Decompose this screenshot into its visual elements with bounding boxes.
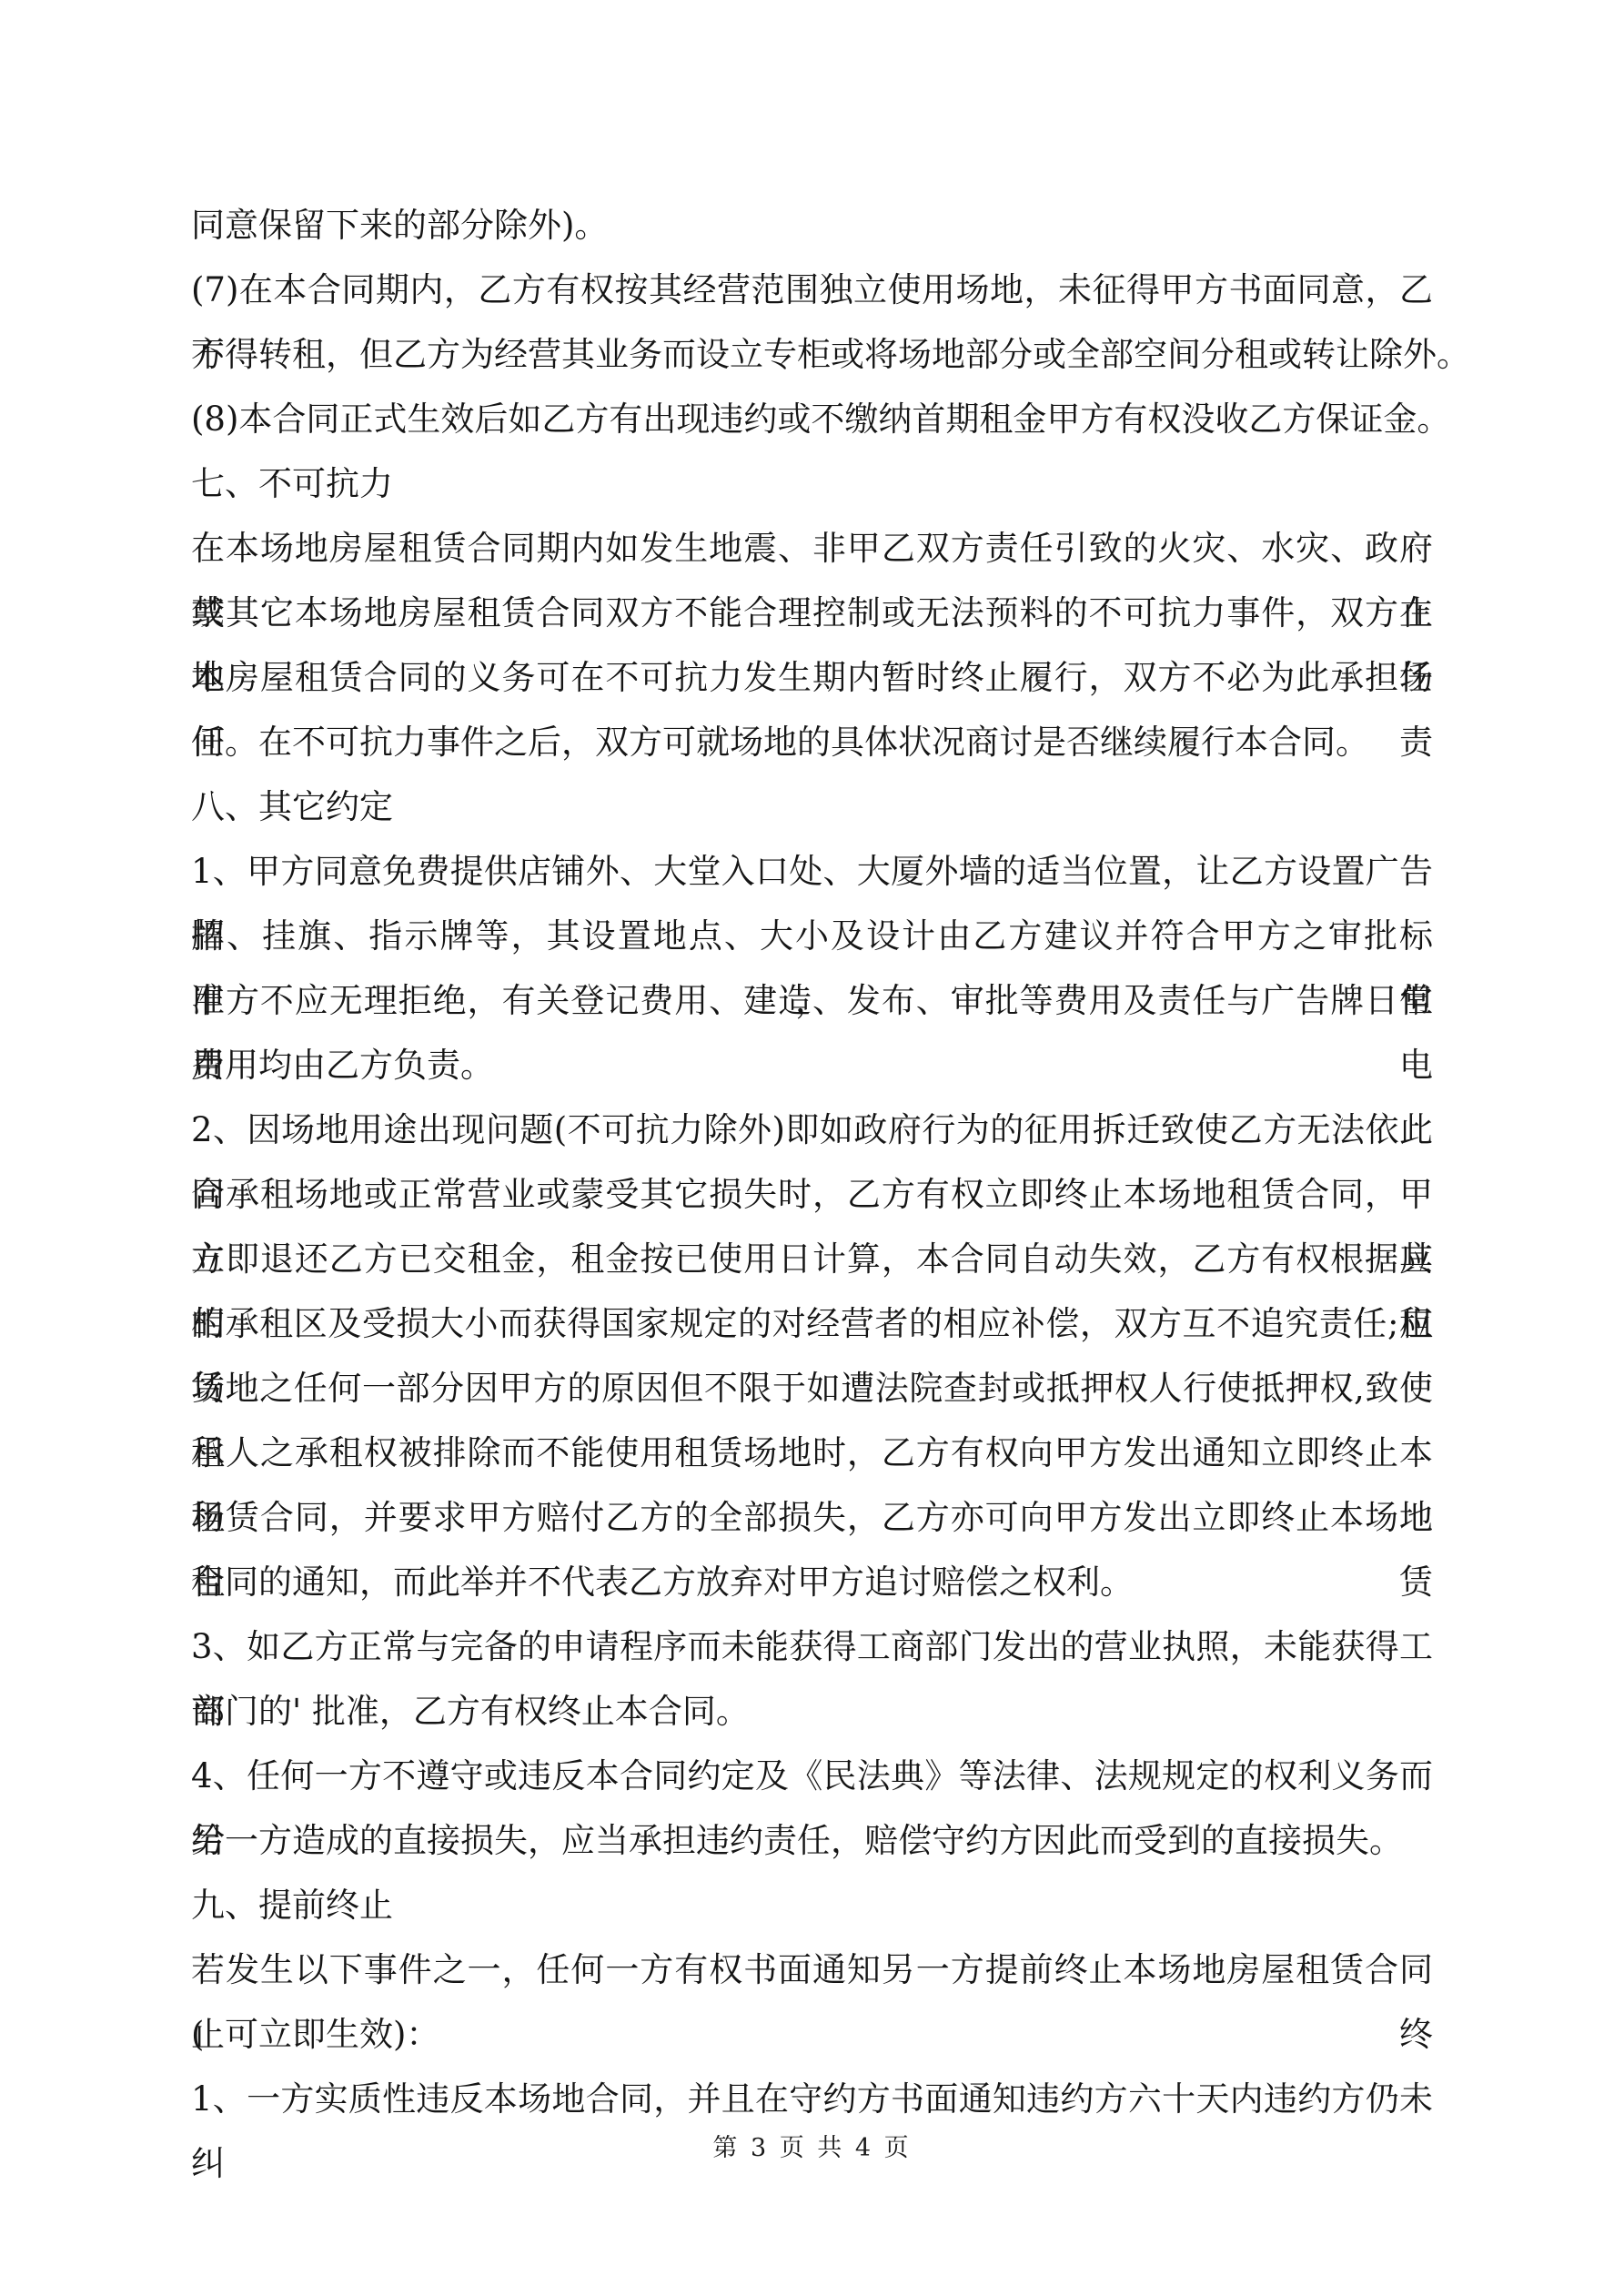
text-line: 地房屋租赁合同的义务可在不可抗力发生期内暂时终止履行，双方不必为此承担任何责 xyxy=(191,645,1433,710)
contract-page: 同意保留下来的部分除外)。(7)在本合同期内，乙方有权按其经营范围独立使用场地，… xyxy=(0,0,1624,2296)
text-line: 甲方不应无理拒绝，有关登记费用、建造、发布、审批等费用及责任与广告牌日常用电 xyxy=(191,968,1433,1033)
page-number-footer: 第 3 页 共 4 页 xyxy=(0,2128,1624,2163)
text-line: 1、甲方同意免费提供店铺外、大堂入口处、大厦外墙的适当位置，让乙方设置广告招 xyxy=(191,839,1433,904)
text-line: 同承租场地或正常营业或蒙受其它损失时，乙方有权立即终止本场地租赁合同，甲方应 xyxy=(191,1162,1433,1227)
text-line: 七、不可抗力 xyxy=(191,451,1433,516)
text-line: 八、其它约定 xyxy=(191,774,1433,839)
text-line: 或其它本场地房屋租赁合同双方不能合理控制或无法预料的不可抗力事件，双方在本场 xyxy=(191,581,1433,645)
text-line: (7)在本合同期内，乙方有权按其经营范围独立使用场地，未征得甲方书面同意，乙方 xyxy=(191,258,1433,322)
text-line: 部门的' 批准，乙方有权终止本合同。 xyxy=(191,1679,1433,1744)
text-line: 不得转租，但乙方为经营其业务而设立专柜或将场地部分或全部空间分租或转让除外。 xyxy=(191,322,1433,387)
text-line: 租人之承租权被排除而不能使用租赁场地时，乙方有权向甲方发出通知立即终止本场地 xyxy=(191,1421,1433,1485)
text-line: 在本场地房屋租赁合同期内如发生地震、非甲乙双方责任引致的火灾、水灾、政府禁止 xyxy=(191,516,1433,581)
text-line: 九、提前终止 xyxy=(191,1873,1433,1937)
text-line: 3、如乙方正常与完备的申请程序而未能获得工商部门发出的营业执照，未能获得工商 xyxy=(191,1614,1433,1679)
text-line: 任。在不可抗力事件之后，双方可就场地的具体状况商讨是否继续履行本合同。 xyxy=(191,710,1433,774)
text-line: 的承租区及受损大小而获得国家规定的对经营者的相应补偿，双方互不追究责任;租赁 xyxy=(191,1291,1433,1356)
text-line: 牌、挂旗、指示牌等，其设置地点、大小及设计由乙方建议并符合甲方之审批标准，但 xyxy=(191,904,1433,968)
text-line: 1、一方实质性违反本场地合同，并且在守约方书面通知违约方六十天内违约方仍未纠 xyxy=(191,2067,1433,2131)
text-line: 租赁合同，并要求甲方赔付乙方的全部损失，乙方亦可向甲方发出立即终止本场地租赁 xyxy=(191,1485,1433,1550)
text-line: 若发生以下事件之一，任何一方有权书面通知另一方提前终止本场地房屋租赁合同(终 xyxy=(191,1937,1433,2002)
text-line: 立即退还乙方已交租金，租金按已使用日计算，本合同自动失效，乙方有权根据其相应 xyxy=(191,1227,1433,1291)
contract-body: 同意保留下来的部分除外)。(7)在本合同期内，乙方有权按其经营范围独立使用场地，… xyxy=(191,193,1433,2131)
text-line: 同意保留下来的部分除外)。 xyxy=(191,193,1433,258)
text-line: 另一方造成的直接损失，应当承担违约责任，赔偿守约方因此而受到的直接损失。 xyxy=(191,1808,1433,1873)
text-line: 2、因场地用途出现问题(不可抗力除外)即如政府行为的征用拆迁致使乙方无法依此合 xyxy=(191,1097,1433,1162)
text-line: 场地之任何一部分因甲方的原因但不限于如遭法院查封或抵押权人行使抵押权,致使承 xyxy=(191,1356,1433,1421)
text-line: (8)本合同正式生效后如乙方有出现违约或不缴纳首期租金甲方有权没收乙方保证金。 xyxy=(191,387,1433,451)
text-line: 4、任何一方不遵守或违反本合同约定及《民法典》等法律、法规规定的权利义务而给 xyxy=(191,1744,1433,1808)
